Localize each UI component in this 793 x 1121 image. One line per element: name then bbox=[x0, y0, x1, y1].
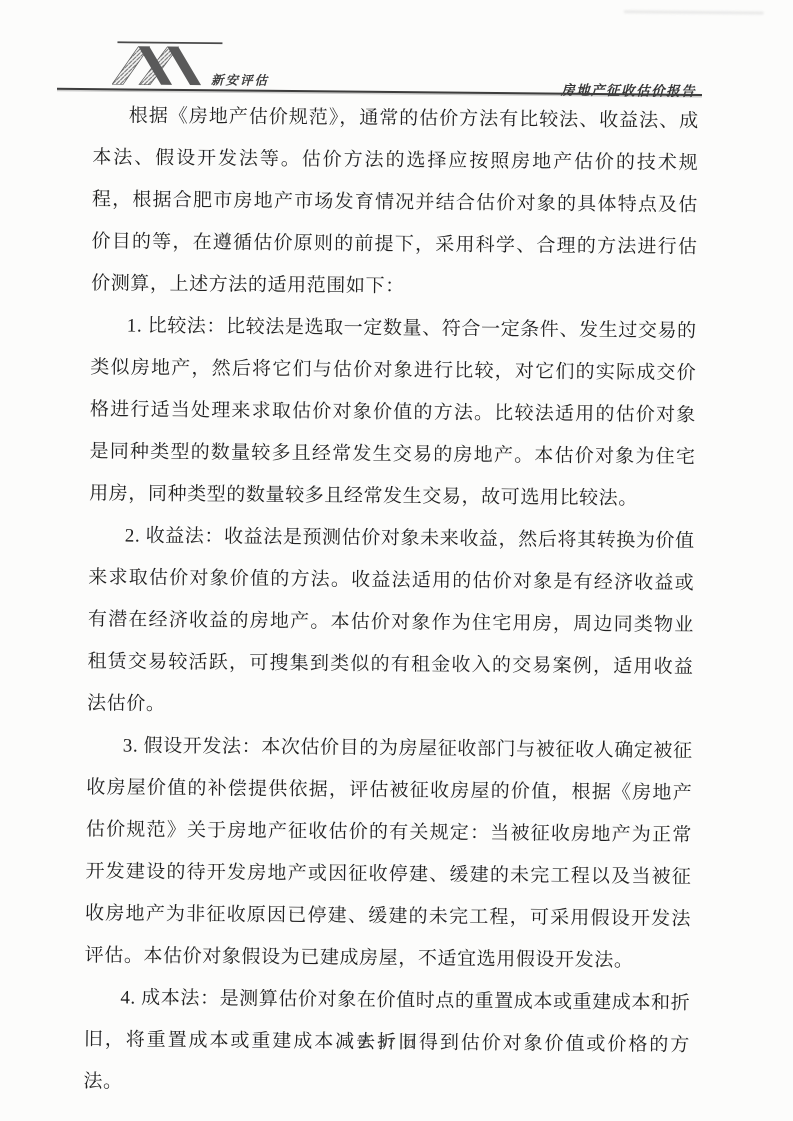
page-number: 第 37 页 bbox=[357, 1036, 418, 1052]
document-page: 新安评估 房地产征收估价报告 根据《房地产估价规范》，通常的估价方法有比较法、收… bbox=[0, 0, 793, 1121]
document-body: 根据《房地产估价规范》，通常的估价方法有比较法、收益法、成本法、假设开发法等。估… bbox=[83, 95, 699, 1109]
company-logo: 新安评估 bbox=[112, 40, 282, 90]
scanned-content: 新安评估 房地产征收估价报告 根据《房地产估价规范》，通常的估价方法有比较法、收… bbox=[0, 0, 793, 1121]
page-header: 新安评估 房地产征收估价报告 bbox=[1, 0, 793, 7]
paragraph-intro: 根据《房地产估价规范》，通常的估价方法有比较法、收益法、成本法、假设开发法等。估… bbox=[91, 95, 699, 311]
paragraph-income-method: 2. 收益法：收益法是预测估价对象未来收益，然后将其转换为价值来求取估价对象价值… bbox=[87, 515, 695, 731]
logo-text: 新安评估 bbox=[211, 70, 269, 89]
report-title: 房地产征收估价报告 bbox=[561, 79, 696, 100]
company-monogram-M-icon bbox=[112, 40, 224, 89]
paragraph-comparison-method: 1. 比较法：比较法是选取一定数量、符合一定条件、发生过交易的类似房地产，然后将… bbox=[89, 305, 697, 521]
scan-smudge bbox=[624, 10, 764, 14]
paragraph-hypothetical-development-method: 3. 假设开发法：本次估价目的为房屋征收部门与被征收人确定被征收房屋价值的补偿提… bbox=[84, 725, 692, 983]
